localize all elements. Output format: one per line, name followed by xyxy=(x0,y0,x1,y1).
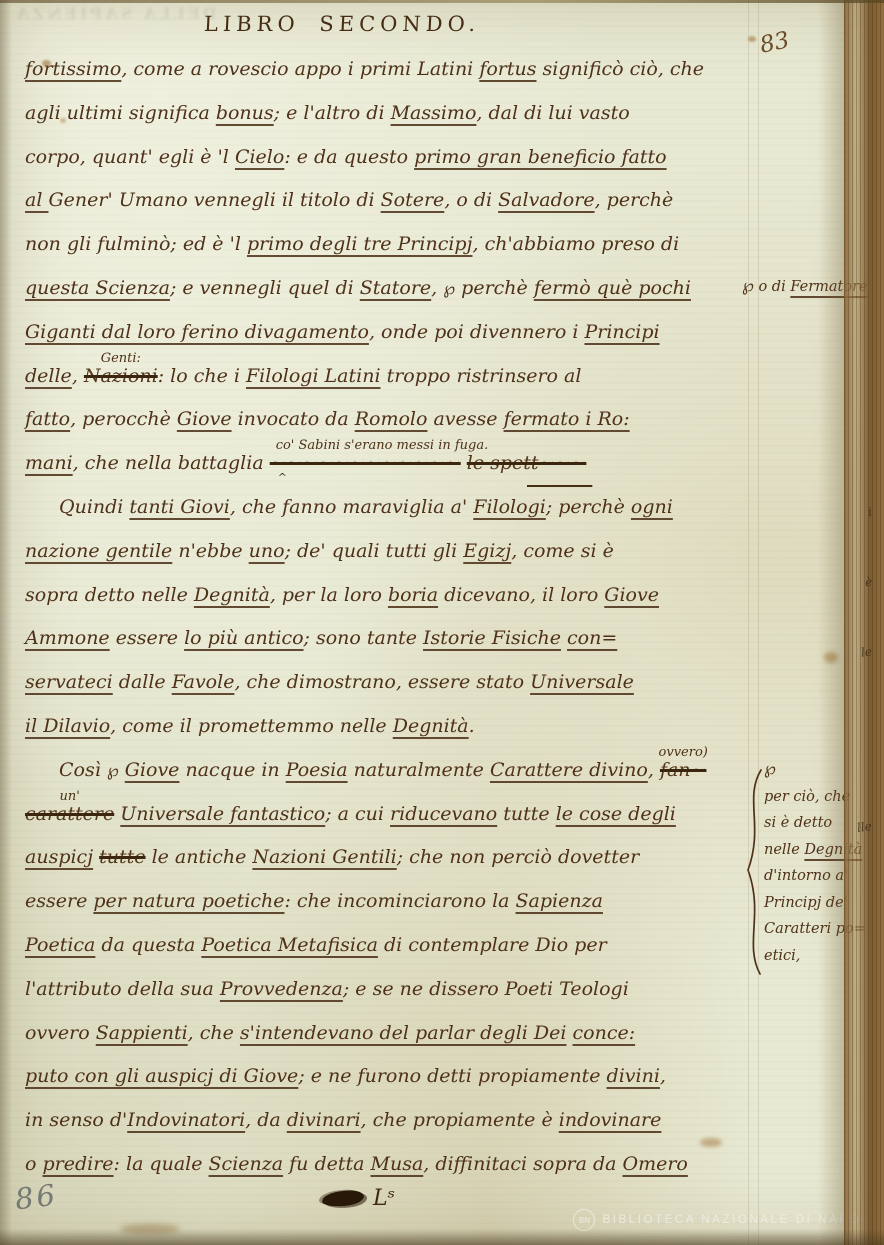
underlined-text: fortus xyxy=(479,58,536,80)
text-run: o xyxy=(25,1153,42,1175)
text-run: , ch'abbiamo preso di xyxy=(472,233,679,255)
manuscript-line: il Dilavio, come il promettemmo nelle De… xyxy=(25,703,745,747)
manuscript-line: fortissimo, come a rovescio appo i primi… xyxy=(25,46,745,90)
margin-brace xyxy=(740,768,764,976)
text-run: ; e vennegli quel di xyxy=(170,277,360,299)
underlined-text: mani xyxy=(25,452,73,474)
manuscript-line: in senso d'Indovinatori, da divinari, ch… xyxy=(25,1097,745,1141)
text-run: ; e l'altro di xyxy=(274,102,391,124)
manuscript-line: sopra detto nelle Degnità, per la loro b… xyxy=(25,572,745,616)
manuscript-line: delle, NazioniGenti:: lo che i Filologi … xyxy=(25,353,745,397)
underlined-text: boria xyxy=(388,584,438,606)
underlined-text: Sapienza xyxy=(516,890,603,912)
manuscript-line: Poetica da questa Poetica Metafisica di … xyxy=(25,922,745,966)
text-run: etici, xyxy=(764,948,800,964)
manuscript-line: al Gener' Umano vennegli il titolo di So… xyxy=(25,177,745,221)
struck-text: carattereun' xyxy=(25,803,114,825)
text-run: , come il promettemmo nelle xyxy=(110,715,393,737)
insertion-mark: ℘ xyxy=(764,759,776,779)
manuscript-line: mani, che nella battaglia ∼∼∼∼∼∼∼∼∼∼∼∼co… xyxy=(25,440,745,484)
struck-text: ∼∼∼∼∼∼∼∼∼∼∼∼co' Sabini s'erano messi in … xyxy=(270,452,461,474)
text-run xyxy=(566,1022,572,1044)
underlined-text: Giove xyxy=(125,759,180,781)
underlined-text: fortissimo xyxy=(25,58,121,80)
text-run: agli ultimi significa xyxy=(25,102,216,124)
manuscript-line: Giganti dal loro ferino divagamento, ond… xyxy=(25,309,745,353)
paper-stain xyxy=(748,36,756,42)
manuscript-line: non gli fulminò; ed è 'l primo degli tre… xyxy=(25,221,745,265)
text-run: , da xyxy=(245,1109,287,1131)
text-run: in senso d' xyxy=(25,1109,127,1131)
struck-text: tutte xyxy=(99,846,145,868)
manuscript-line: carattereun' Universale fantastico; a cu… xyxy=(25,791,745,835)
text-run: dicevano, il loro xyxy=(438,584,604,606)
text-run: ; sono tante xyxy=(304,627,423,649)
text-run: ; che non perciò dovetter xyxy=(397,846,639,868)
text-run: sopra detto nelle xyxy=(25,584,194,606)
underlined-text: divinari xyxy=(287,1109,361,1131)
interlinear-insertion: ovvero) xyxy=(659,746,708,759)
text-run: , per la loro xyxy=(270,584,388,606)
text-run: ; perchè xyxy=(546,496,631,518)
page-title: LIBRO SECONDO. xyxy=(203,12,481,36)
underlined-text: Carattere divino xyxy=(490,759,648,781)
underlined-text: indovinare xyxy=(559,1109,662,1131)
text-run: troppo ristrinsero al xyxy=(381,365,582,387)
manuscript-line: Ammone essere lo più antico; sono tante … xyxy=(25,615,745,659)
manuscript-line: l'attributo della sua Provvedenza; e se … xyxy=(25,966,745,1010)
underlined-text: con= xyxy=(567,627,617,649)
pencil-foliation: 86 xyxy=(13,1178,60,1217)
underlined-text: uno xyxy=(249,540,285,562)
catchword-row: Lˢ xyxy=(322,1186,395,1211)
underlined-text: Poesia xyxy=(286,759,348,781)
underlined-text: riducevano xyxy=(390,803,497,825)
stamp-monogram-icon: BN xyxy=(573,1209,595,1231)
struck-text: le spett∼∼∼∼∼∼∼∼∼ xyxy=(467,452,587,474)
text-run: Gener' Umano vennegli il titolo di xyxy=(48,189,380,211)
text-run: , che xyxy=(188,1022,240,1044)
text-run: , xyxy=(660,1065,666,1087)
underlined-text: ogni xyxy=(631,496,673,518)
page-bottom-shadow xyxy=(0,1229,884,1245)
edge-ink-mark: le xyxy=(860,644,873,659)
text-run: Quindi xyxy=(59,496,129,518)
struck-text: fan∼ovvero) xyxy=(660,759,707,781)
manuscript-page: DELLA SAPIENZA LIBRO SECONDO. 83 fortiss… xyxy=(0,0,884,1245)
text-run: naturalmente xyxy=(348,759,490,781)
manuscript-line: corpo, quant' egli è 'l Cielo: e da ques… xyxy=(25,134,745,178)
underlined-text: Filologi xyxy=(473,496,546,518)
folio-number: 83 xyxy=(758,27,792,59)
bleedthrough-text: DELLA SAPIENZA xyxy=(14,4,217,23)
underlined-text: servateci xyxy=(25,671,113,693)
underlined-text: tanti Giovi xyxy=(129,496,229,518)
underlined-text: Sappienti xyxy=(96,1022,188,1044)
underlined-text: s'intendevano del parlar degli Dei xyxy=(240,1022,567,1044)
manuscript-line: auspicj tutte le antiche Nazioni Gentili… xyxy=(25,834,745,878)
underlined-text: auspicj xyxy=(25,846,93,868)
underlined-text: divini xyxy=(607,1065,660,1087)
text-run: corpo, quant' egli è 'l xyxy=(25,146,235,168)
manuscript-line: Così ℘ Giove nacque in Poesia naturalmen… xyxy=(25,747,745,791)
text-run: le antiche xyxy=(146,846,253,868)
insertion-mark: ℘ xyxy=(107,761,119,781)
underlined-text: il Dilavio xyxy=(25,715,110,737)
underlined-text: puto con gli auspicj di Giove xyxy=(25,1065,298,1087)
underlined-text: Poetica Metafisica xyxy=(201,934,378,956)
underlined-text: Massimo xyxy=(391,102,477,124)
photo-left-edge xyxy=(0,0,12,1245)
text-run: . xyxy=(469,715,475,737)
margin-fold-line xyxy=(758,0,759,1245)
text-run: ovvero xyxy=(25,1022,96,1044)
manuscript-line: servateci dalle Favole, che dimostrano, … xyxy=(25,659,745,703)
photo-top-edge xyxy=(0,0,884,3)
manuscript-line: o predire: la quale Scienza fu detta Mus… xyxy=(25,1141,745,1185)
text-run: : che incominciarono la xyxy=(284,890,515,912)
text-run: tutte xyxy=(497,803,555,825)
text-run: , xyxy=(431,277,443,299)
underlined-text: Salvadore xyxy=(498,189,594,211)
underlined-text: Degnità xyxy=(393,715,469,737)
interlinear-insertion: Genti: xyxy=(101,352,141,365)
underlined-text: Sotere xyxy=(381,189,445,211)
underlined-text: Musa xyxy=(371,1153,424,1175)
underlined-text: Omero xyxy=(623,1153,688,1175)
text-run: dalle xyxy=(113,671,172,693)
underlined-text: fermato i Ro: xyxy=(504,408,630,430)
underlined-text: fatto xyxy=(25,408,70,430)
underlined-text: Nazioni Gentili xyxy=(252,846,396,868)
text-run: , perchè xyxy=(595,189,674,211)
manuscript-line: agli ultimi significa bonus; e l'altro d… xyxy=(25,90,745,134)
manuscript-line: puto con gli auspicj di Giove; e ne furo… xyxy=(25,1053,745,1097)
quire-signature: Lˢ xyxy=(373,1186,395,1211)
text-run: di contemplare Dio per xyxy=(378,934,607,956)
underlined-text: Favole xyxy=(172,671,235,693)
manuscript-body: fortissimo, come a rovescio appo i primi… xyxy=(25,46,745,1185)
text-run: l'attributo della sua xyxy=(25,978,220,1000)
text-run: , che fanno maraviglia a' xyxy=(230,496,473,518)
interlinear-insertion: co' Sabini s'erano messi in fuga. xyxy=(276,439,489,452)
underlined-text: questa Scienza xyxy=(25,277,170,299)
underlined-text: conce: xyxy=(573,1022,636,1044)
underlined-text: delle xyxy=(25,365,72,387)
insertion-mark: ℘ xyxy=(443,279,455,299)
underlined-text: Giove xyxy=(177,408,232,430)
underlined-text: primo gran beneficio fatto xyxy=(414,146,667,168)
underlined-text: le cose degli xyxy=(556,803,676,825)
text-run: o di xyxy=(754,279,790,295)
text-run: ; a cui xyxy=(325,803,390,825)
text-run: ; e ne furono detti propiamente xyxy=(298,1065,606,1087)
underlined-text: bonus xyxy=(216,102,274,124)
underlined-text: lo più antico xyxy=(184,627,303,649)
underlined-text: Statore xyxy=(360,277,431,299)
text-run: fu detta xyxy=(283,1153,370,1175)
text-run: , diffinitaci sopra da xyxy=(423,1153,622,1175)
text-run: : lo che i xyxy=(158,365,246,387)
underlined-text: Universale xyxy=(530,671,634,693)
text-run: , dal di lui vasto xyxy=(476,102,629,124)
text-run: , xyxy=(648,759,660,781)
book-fore-edge xyxy=(844,0,884,1245)
text-run: essere xyxy=(25,890,93,912)
manuscript-line: ovvero Sappienti, che s'intendevano del … xyxy=(25,1010,745,1054)
text-run: n'ebbe xyxy=(172,540,248,562)
manuscript-line: essere per natura poetiche: che incominc… xyxy=(25,878,745,922)
caret-mark: ^ xyxy=(278,473,287,483)
page-gutter-shadow xyxy=(818,0,844,1245)
underlined-text: Indovinatori xyxy=(127,1109,245,1131)
text-run xyxy=(461,452,467,474)
underlined-text: nazione gentile xyxy=(25,540,172,562)
text-run: ; de' quali tutti gli xyxy=(285,540,464,562)
manuscript-line: Quindi tanti Giovi, che fanno maraviglia… xyxy=(25,484,745,528)
text-run: , perocchè xyxy=(70,408,177,430)
interlinear-insertion: un' xyxy=(59,790,79,803)
text-run: : la quale xyxy=(114,1153,209,1175)
underlined-text: Poetica xyxy=(25,934,95,956)
text-run: , come si è xyxy=(511,540,614,562)
edge-ink-mark: lle xyxy=(856,819,873,835)
underlined-text: primo degli tre Principj xyxy=(247,233,473,255)
text-run: ; e se ne dissero Poeti Teologi xyxy=(343,978,629,1000)
text-run: , come a rovescio appo i primi Latini xyxy=(121,58,479,80)
underlined-text: Universale fantastico xyxy=(120,803,325,825)
underlined-text: Provvedenza xyxy=(220,978,343,1000)
underlined-text: Scienza xyxy=(209,1153,284,1175)
underlined-text: Romolo xyxy=(355,408,428,430)
text-run: avesse xyxy=(427,408,503,430)
manuscript-line: fatto, perocchè Giove invocato da Romolo… xyxy=(25,396,745,440)
underlined-text: Istorie Fisiche xyxy=(423,627,561,649)
text-run: , xyxy=(72,365,84,387)
text-run: significò ciò, che xyxy=(537,58,705,80)
manuscript-line: nazione gentile n'ebbe uno; de' quali tu… xyxy=(25,528,745,572)
text-run: : e da questo xyxy=(284,146,414,168)
underlined-text: predire xyxy=(42,1153,113,1175)
underlined-text: Cielo xyxy=(235,146,284,168)
underlined-text: fermò què pochi xyxy=(534,277,691,299)
text-run: nelle xyxy=(764,842,804,858)
ink-blot xyxy=(321,1189,364,1208)
text-run: , che propiamente è xyxy=(361,1109,559,1131)
text-run: , o di xyxy=(444,189,498,211)
text-run: invocato da xyxy=(232,408,355,430)
text-run: perchè xyxy=(455,277,534,299)
underlined-text: Degnità xyxy=(194,584,270,606)
text-run: da questa xyxy=(95,934,201,956)
text-run: , che dimostrano, essere stato xyxy=(234,671,530,693)
text-run: , onde poi divennero i xyxy=(369,321,585,343)
underlined-text: Giganti dal loro ferino divagamento xyxy=(25,321,369,343)
underlined-text: Ammone xyxy=(25,627,110,649)
manuscript-line: questa Scienza; e vennegli quel di Stato… xyxy=(25,265,745,309)
margin-fold-line xyxy=(748,0,749,1245)
text-run: Così xyxy=(59,759,107,781)
text-run: nacque in xyxy=(179,759,285,781)
underlined-text: Giove xyxy=(604,584,659,606)
text-run: , che nella battaglia xyxy=(73,452,270,474)
text-run: essere xyxy=(110,627,184,649)
underlined-text: Egizj xyxy=(463,540,511,562)
underlined-text: Filologi Latini xyxy=(246,365,381,387)
struck-text: NazioniGenti: xyxy=(84,365,158,387)
underlined-text: Principi xyxy=(584,321,659,343)
underlined-text: per natura poetiche xyxy=(93,890,284,912)
underlined-text: al xyxy=(25,189,48,211)
text-run: non gli fulminò; ed è 'l xyxy=(25,233,247,255)
text-run xyxy=(119,759,125,781)
